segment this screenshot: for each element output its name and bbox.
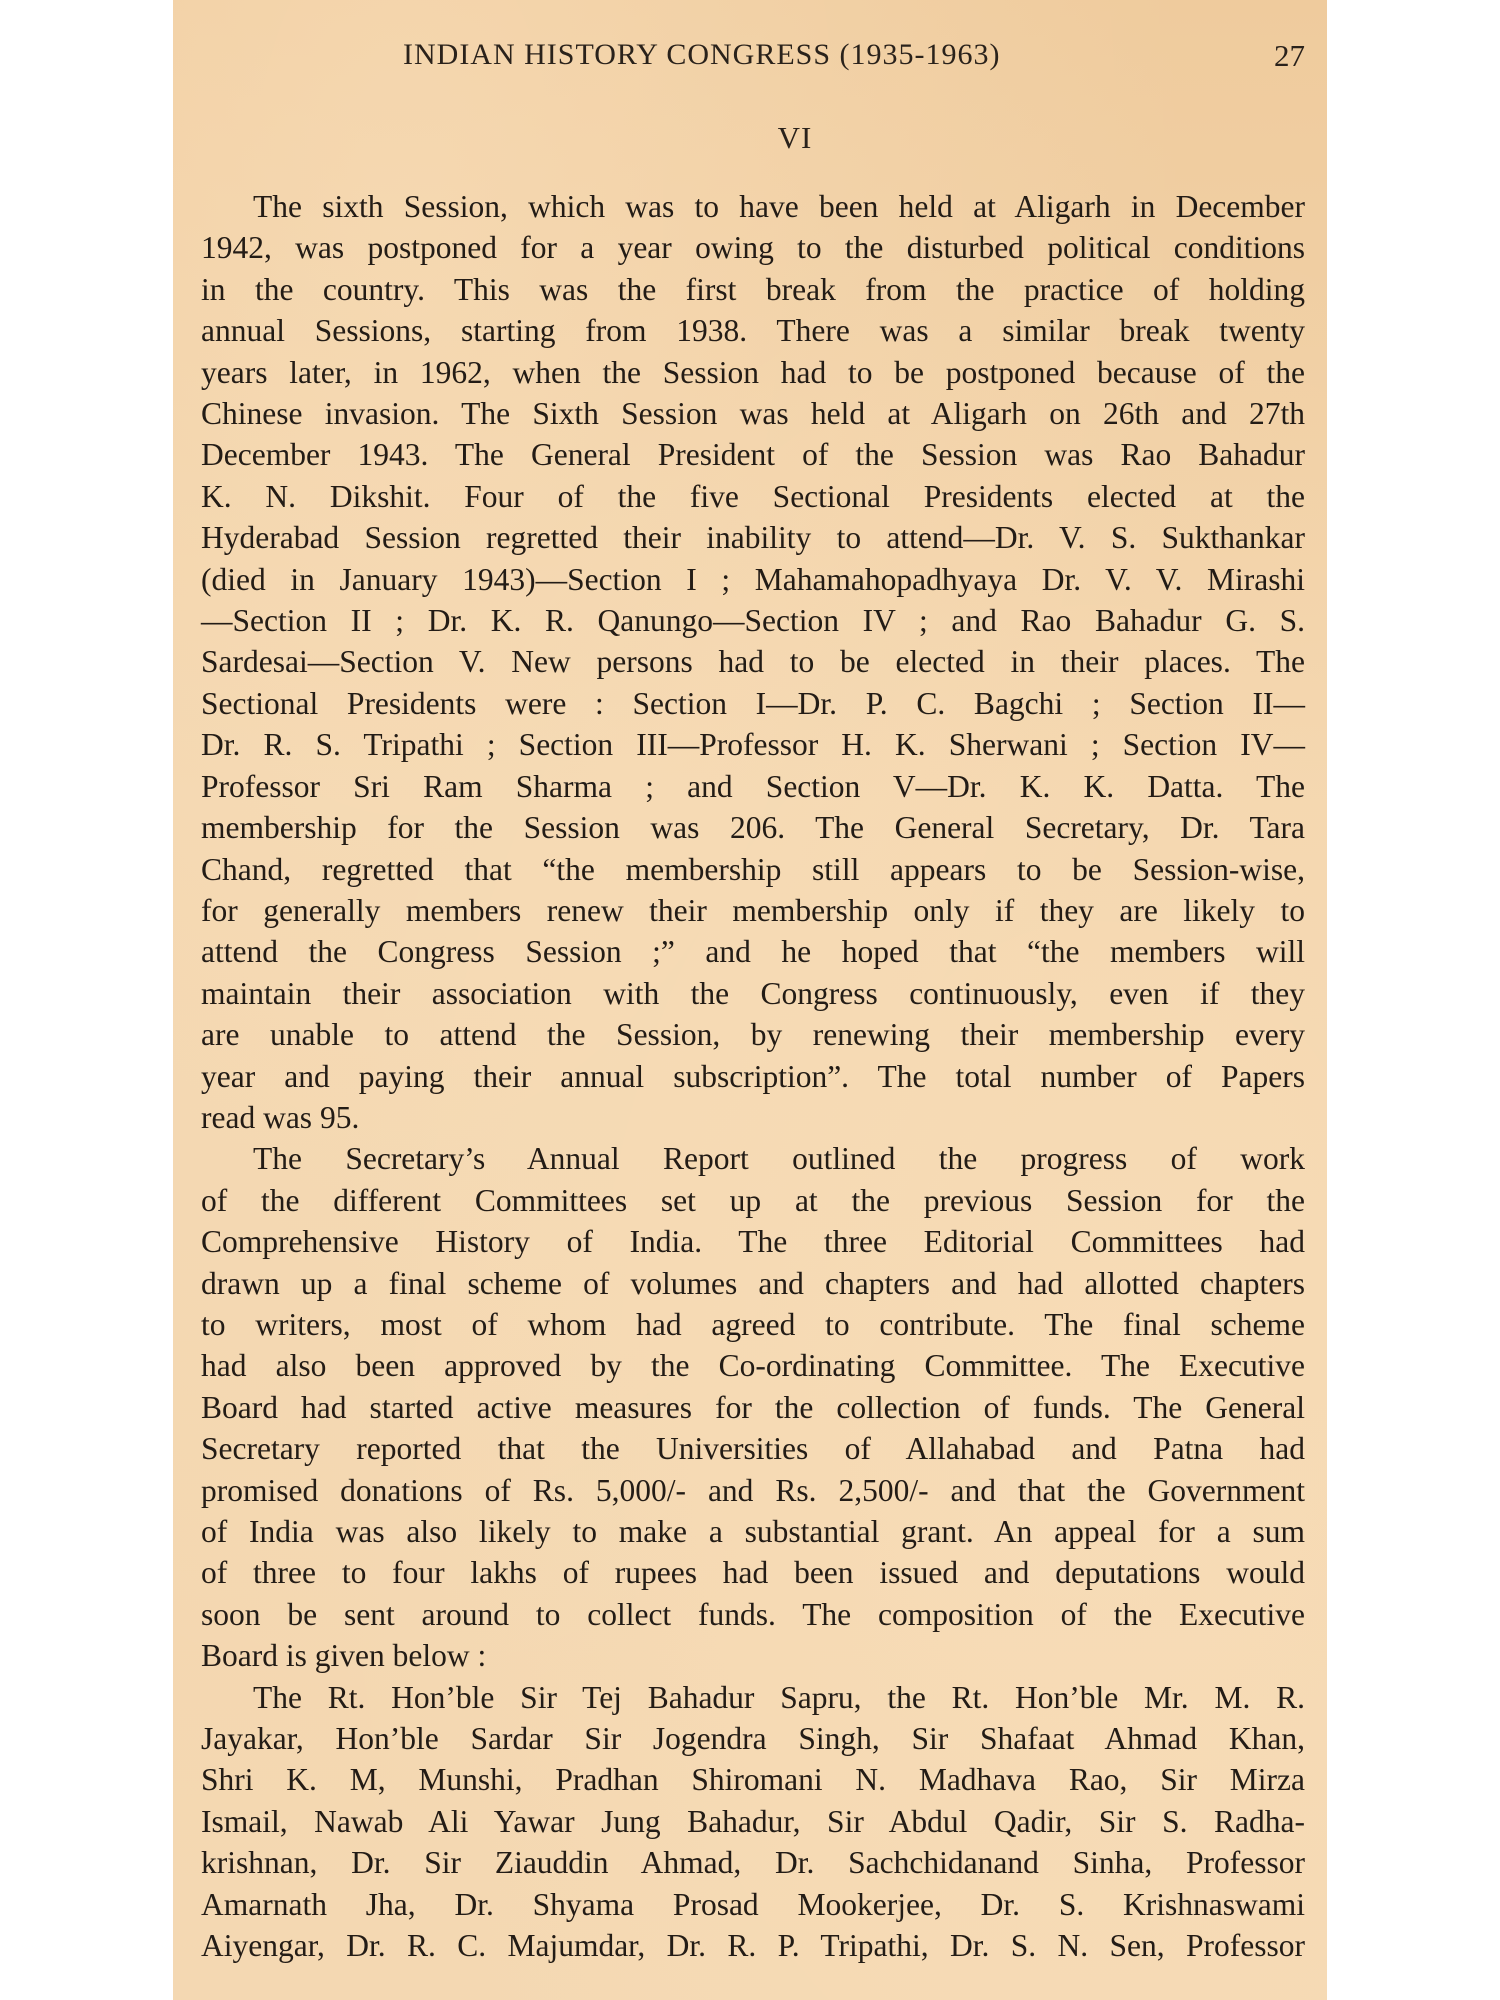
text-line: membership for the Session was 206. The … [201, 807, 1305, 848]
text-line: K. N. Dikshit. Four of the five Sectiona… [201, 476, 1305, 517]
paragraph-sixth-session: The sixth Session, which was to have bee… [201, 186, 1305, 1138]
text-line: Board is given below : [201, 1635, 1305, 1676]
text-line: to writers, most of whom had agreed to c… [201, 1304, 1305, 1345]
body-text: The sixth Session, which was to have bee… [201, 186, 1305, 1966]
text-line: for generally members renew their member… [201, 890, 1305, 931]
text-line: soon be sent around to collect funds. Th… [201, 1594, 1305, 1635]
running-header: INDIAN HISTORY CONGRESS (1935-1963) 27 [173, 38, 1327, 88]
running-title: INDIAN HISTORY CONGRESS (1935-1963) [403, 38, 1001, 72]
text-line: had also been approved by the Co-ordinat… [201, 1345, 1305, 1386]
page-number: 27 [1274, 38, 1305, 74]
text-line: Hyderabad Session regretted their inabil… [201, 517, 1305, 558]
text-line: attend the Congress Session ;” and he ho… [201, 931, 1305, 972]
text-line: years later, in 1962, when the Session h… [201, 352, 1305, 393]
text-line: Board had started active measures for th… [201, 1387, 1305, 1428]
text-line: of the different Committees set up at th… [201, 1180, 1305, 1221]
text-line: of three to four lakhs of rupees had bee… [201, 1552, 1305, 1593]
text-line: Chand, regretted that “the membership st… [201, 849, 1305, 890]
text-line: Dr. R. S. Tripathi ; Section III—Profess… [201, 724, 1305, 765]
text-line: of India was also likely to make a subst… [201, 1511, 1305, 1552]
text-line: The Rt. Hon’ble Sir Tej Bahadur Sapru, t… [201, 1677, 1305, 1718]
text-line: December 1943. The General President of … [201, 434, 1305, 475]
text-line: Chinese invasion. The Sixth Session was … [201, 393, 1305, 434]
text-line: Ismail, Nawab Ali Yawar Jung Bahadur, Si… [201, 1801, 1305, 1842]
text-line: Sardesai—Section V. New persons had to b… [201, 641, 1305, 682]
text-line: Comprehensive History of India. The thre… [201, 1221, 1305, 1262]
text-line: maintain their association with the Cong… [201, 973, 1305, 1014]
text-line: annual Sessions, starting from 1938. The… [201, 310, 1305, 351]
text-line: read was 95. [201, 1097, 1305, 1138]
text-line: The Secretary’s Annual Report outlined t… [201, 1138, 1305, 1179]
text-line: are unable to attend the Session, by ren… [201, 1014, 1305, 1055]
paragraph-executive-board-members: The Rt. Hon’ble Sir Tej Bahadur Sapru, t… [201, 1677, 1305, 1967]
text-line: Sectional Presidents were : Section I—Dr… [201, 683, 1305, 724]
scanned-page: INDIAN HISTORY CONGRESS (1935-1963) 27 V… [173, 0, 1327, 2000]
section-heading: VI [173, 120, 1327, 156]
text-line: (died in January 1943)—Section I ; Maham… [201, 559, 1305, 600]
text-line: Jayakar, Hon’ble Sardar Sir Jogendra Sin… [201, 1718, 1305, 1759]
text-line: promised donations of Rs. 5,000/- and Rs… [201, 1470, 1305, 1511]
text-line: drawn up a final scheme of volumes and c… [201, 1263, 1305, 1304]
text-line: Aiyengar, Dr. R. C. Majumdar, Dr. R. P. … [201, 1925, 1305, 1966]
text-line: krishnan, Dr. Sir Ziauddin Ahmad, Dr. Sa… [201, 1842, 1305, 1883]
text-line: 1942, was postponed for a year owing to … [201, 227, 1305, 268]
text-line: Professor Sri Ram Sharma ; and Section V… [201, 766, 1305, 807]
text-line: Secretary reported that the Universities… [201, 1428, 1305, 1469]
text-line: Amarnath Jha, Dr. Shyama Prosad Mookerje… [201, 1884, 1305, 1925]
text-line: in the country. This was the first break… [201, 269, 1305, 310]
paragraph-secretary-report: The Secretary’s Annual Report outlined t… [201, 1138, 1305, 1676]
text-line: —Section II ; Dr. K. R. Qanungo—Section … [201, 600, 1305, 641]
text-line: Shri K. M, Munshi, Pradhan Shiromani N. … [201, 1759, 1305, 1800]
text-line: The sixth Session, which was to have bee… [201, 186, 1305, 227]
text-line: year and paying their annual subscriptio… [201, 1056, 1305, 1097]
